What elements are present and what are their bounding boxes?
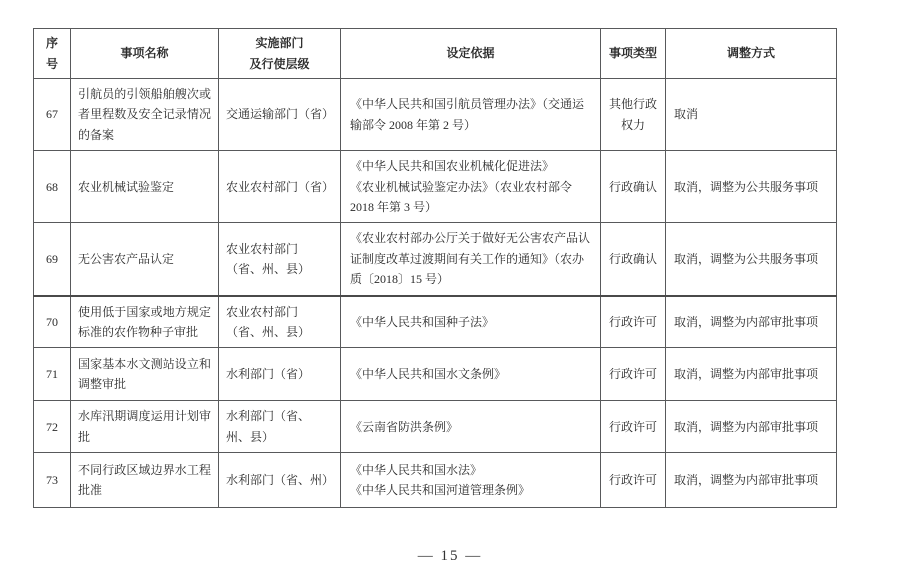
cell-department: 水利部门（省、州、县） (219, 401, 341, 453)
cell-type: 行政确认 (601, 223, 666, 296)
table-header-row: 序 号 事项名称 实施部门 及行使层级 设定依据 事项类型 调整方式 (34, 29, 837, 79)
header-cell-adjustment: 调整方式 (666, 29, 837, 79)
cell-basis: 《中华人民共和国水文条例》 (341, 348, 601, 401)
document-page: 序 号 事项名称 实施部门 及行使层级 设定依据 事项类型 调整方式 67 引航… (0, 0, 900, 587)
cell-number: 68 (34, 151, 71, 223)
cell-department: 水利部门（省） (219, 348, 341, 401)
table-row: 68 农业机械试验鉴定 农业农村部门（省） 《中华人民共和国农业机械化促进法》 … (34, 151, 837, 223)
cell-type: 行政许可 (601, 453, 666, 508)
header-cell-name: 事项名称 (71, 29, 219, 79)
cell-adjustment: 取消，调整为内部审批事项 (666, 348, 837, 401)
cell-adjustment: 取消，调整为内部审批事项 (666, 401, 837, 453)
cell-number: 73 (34, 453, 71, 508)
cell-item-name: 水库汛期调度运用计划审批 (71, 401, 219, 453)
cell-department: 农业农村部门（省、州、县） (219, 223, 341, 296)
cell-department: 水利部门（省、州） (219, 453, 341, 508)
cell-type: 其他行政权力 (601, 79, 666, 151)
table-row: 67 引航员的引领船舶艘次或者里程数及安全记录情况的备案 交通运输部门（省） 《… (34, 79, 837, 151)
cell-number: 71 (34, 348, 71, 401)
table-row: 73 不同行政区域边界水工程批准 水利部门（省、州） 《中华人民共和国水法》 《… (34, 453, 837, 508)
cell-type: 行政许可 (601, 296, 666, 348)
cell-basis: 《中华人民共和国水法》 《中华人民共和国河道管理条例》 (341, 453, 601, 508)
cell-basis: 《农业农村部办公厅关于做好无公害农产品认证制度改革过渡期间有关工作的通知》（农办… (341, 223, 601, 296)
cell-number: 69 (34, 223, 71, 296)
page-number: — 15 — (0, 548, 900, 565)
header-cell-basis: 设定依据 (341, 29, 601, 79)
table-row: 69 无公害农产品认定 农业农村部门（省、州、县） 《农业农村部办公厅关于做好无… (34, 223, 837, 296)
cell-number: 70 (34, 296, 71, 348)
cell-department: 农业农村部门（省） (219, 151, 341, 223)
administrative-items-table: 序 号 事项名称 实施部门 及行使层级 设定依据 事项类型 调整方式 67 引航… (33, 28, 837, 508)
cell-item-name: 不同行政区域边界水工程批准 (71, 453, 219, 508)
header-cell-type: 事项类型 (601, 29, 666, 79)
cell-item-name: 农业机械试验鉴定 (71, 151, 219, 223)
cell-type: 行政许可 (601, 401, 666, 453)
cell-basis: 《云南省防洪条例》 (341, 401, 601, 453)
cell-item-name: 国家基本水文测站设立和调整审批 (71, 348, 219, 401)
cell-type: 行政确认 (601, 151, 666, 223)
header-cell-number: 序 号 (34, 29, 71, 79)
cell-basis: 《中华人民共和国种子法》 (341, 296, 601, 348)
cell-number: 72 (34, 401, 71, 453)
cell-basis: 《中华人民共和国农业机械化促进法》 《农业机械试验鉴定办法》（农业农村部令 20… (341, 151, 601, 223)
cell-department: 农业农村部门（省、州、县） (219, 296, 341, 348)
cell-item-name: 使用低于国家或地方规定标准的农作物种子审批 (71, 296, 219, 348)
cell-adjustment: 取消，调整为内部审批事项 (666, 453, 837, 508)
table-row: 70 使用低于国家或地方规定标准的农作物种子审批 农业农村部门（省、州、县） 《… (34, 296, 837, 348)
cell-number: 67 (34, 79, 71, 151)
cell-adjustment: 取消，调整为公共服务事项 (666, 223, 837, 296)
cell-item-name: 引航员的引领船舶艘次或者里程数及安全记录情况的备案 (71, 79, 219, 151)
table-row: 72 水库汛期调度运用计划审批 水利部门（省、州、县） 《云南省防洪条例》 行政… (34, 401, 837, 453)
table-row: 71 国家基本水文测站设立和调整审批 水利部门（省） 《中华人民共和国水文条例》… (34, 348, 837, 401)
header-cell-department: 实施部门 及行使层级 (219, 29, 341, 79)
cell-adjustment: 取消 (666, 79, 837, 151)
cell-adjustment: 取消，调整为内部审批事项 (666, 296, 837, 348)
cell-adjustment: 取消，调整为公共服务事项 (666, 151, 837, 223)
cell-type: 行政许可 (601, 348, 666, 401)
cell-department: 交通运输部门（省） (219, 79, 341, 151)
cell-basis: 《中华人民共和国引航员管理办法》（交通运输部令 2008 年第 2 号） (341, 79, 601, 151)
cell-item-name: 无公害农产品认定 (71, 223, 219, 296)
